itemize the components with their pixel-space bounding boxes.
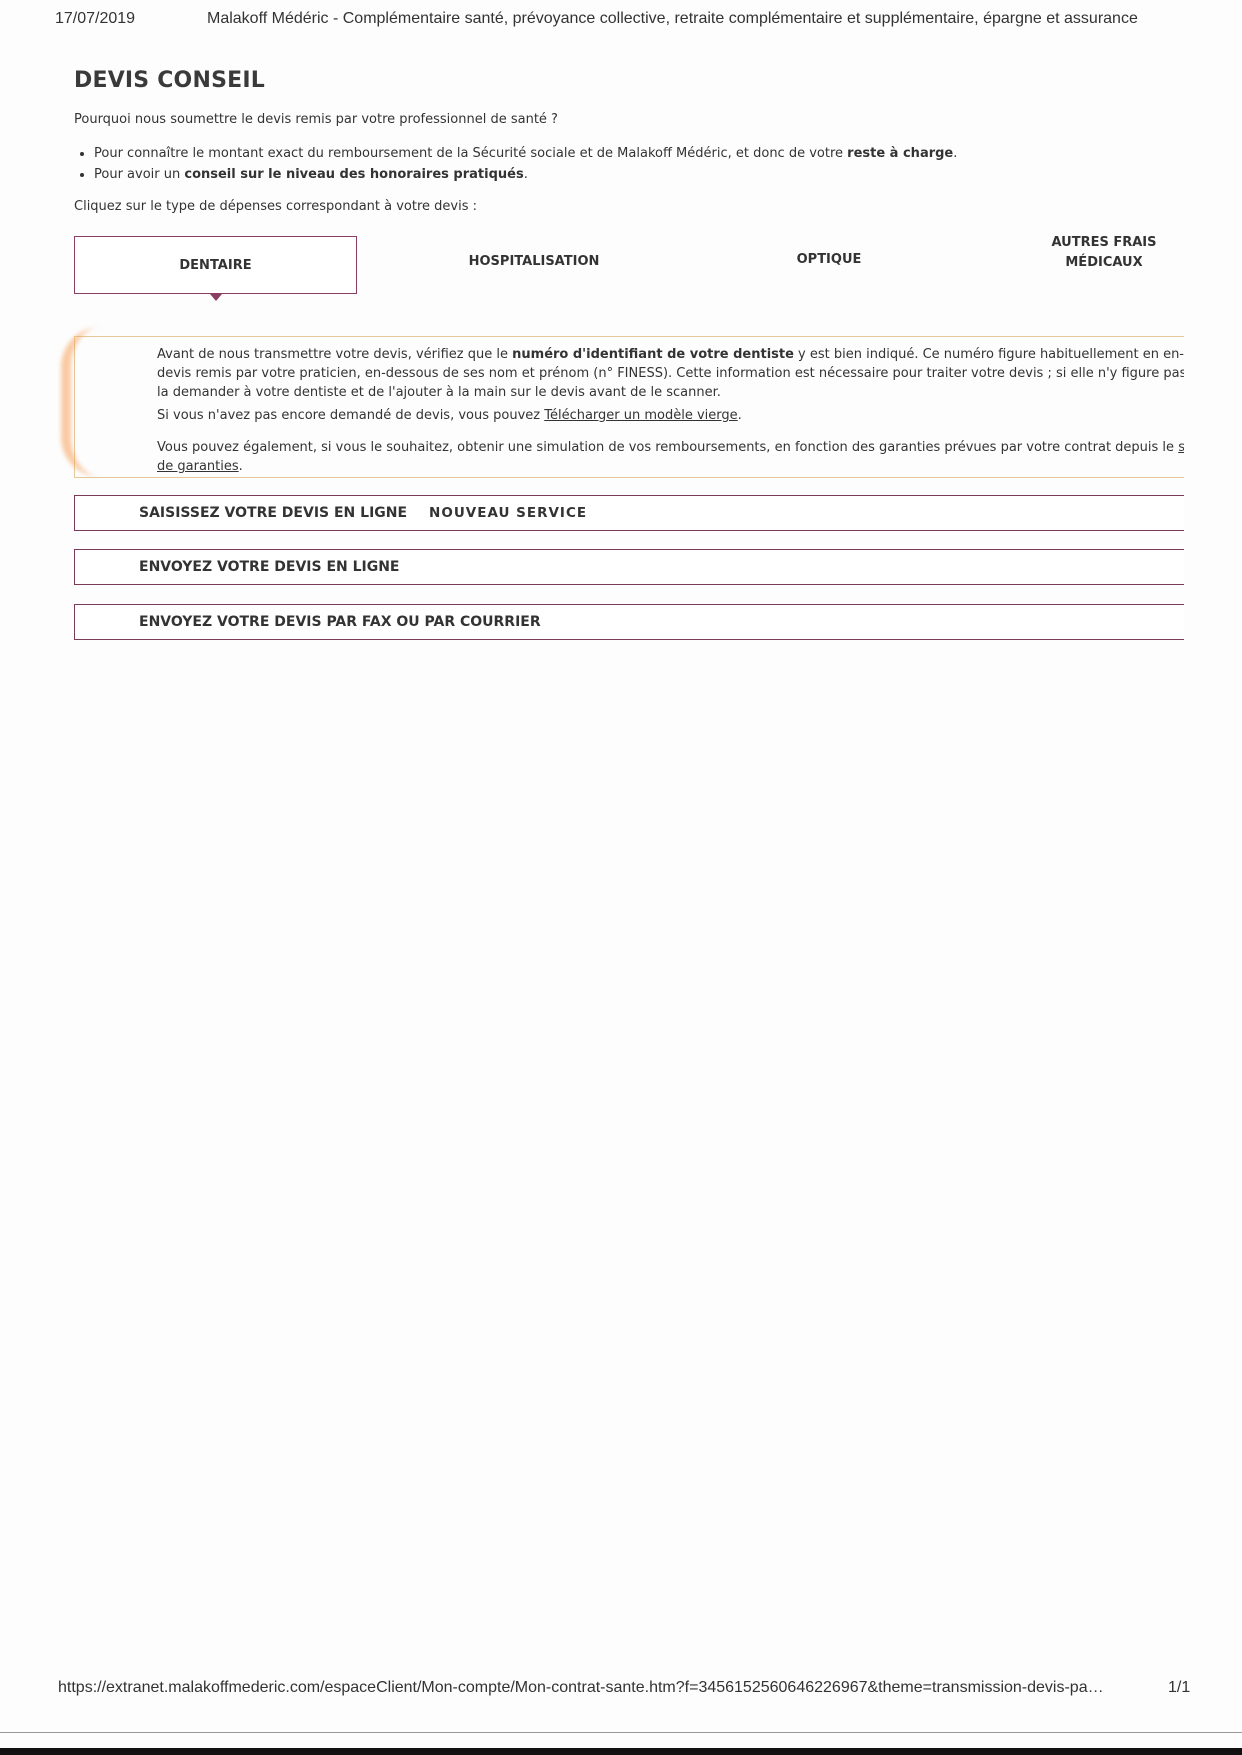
enter-quote-online-button[interactable]: SAISISSEZ VOTRE DEVIS EN LIGNE NOUVEAU S… (74, 495, 1184, 531)
highlighter-mark (61, 327, 109, 477)
scan-edge-bar (0, 1748, 1242, 1755)
print-date: 17/07/2019 (55, 10, 135, 28)
benefit-item: Pour avoir un conseil sur le niveau des … (94, 164, 957, 185)
tab-hospitalisation[interactable]: HOSPITALISATION (424, 232, 644, 290)
send-quote-online-button[interactable]: ENVOYEZ VOTRE DEVIS EN LIGNE (74, 549, 1184, 585)
download-template-link[interactable]: Télécharger un modèle vierge (544, 408, 737, 423)
send-quote-fax-mail-button[interactable]: ENVOYEZ VOTRE DEVIS PAR FAX OU PAR COURR… (74, 604, 1184, 640)
expense-type-tabs: DENTAIRE HOSPITALISATION OPTIQUE AUTRES … (74, 236, 1184, 296)
simulation-text: Vous pouvez également, si vous le souhai… (157, 438, 1184, 476)
print-page-title: Malakoff Médéric - Complémentaire santé,… (207, 10, 1138, 28)
page-url: https://extranet.malakoffmederic.com/esp… (58, 1679, 1104, 1697)
simulator-link[interactable]: simu (1178, 440, 1184, 455)
benefits-list: Pour connaître le montant exact du rembo… (74, 143, 957, 185)
intro-question: Pourquoi nous soumettre le devis remis p… (74, 112, 558, 127)
click-hint: Cliquez sur le type de dépenses correspo… (74, 199, 477, 214)
template-download-text: Si vous n'avez pas encore demandé de dev… (157, 406, 1184, 425)
benefit-item: Pour connaître le montant exact du rembo… (94, 143, 957, 164)
page-title: DEVIS CONSEIL (74, 68, 265, 93)
tab-autres-frais-medicaux[interactable]: AUTRES FRAISMÉDICAUX (1024, 224, 1184, 282)
tab-optique[interactable]: OPTIQUE (724, 230, 934, 288)
dentaire-info-panel: Avant de nous transmettre votre devis, v… (74, 336, 1184, 478)
print-footer: https://extranet.malakoffmederic.com/esp… (58, 1679, 1212, 1701)
simulator-link-continued[interactable]: de garanties (157, 459, 239, 474)
print-header: 17/07/2019 Malakoff Médéric - Complément… (55, 10, 1212, 32)
scan-edge-line (0, 1732, 1242, 1733)
tab-dentaire[interactable]: DENTAIRE (74, 236, 357, 294)
identifier-instructions: Avant de nous transmettre votre devis, v… (157, 345, 1184, 402)
new-service-badge: NOUVEAU SERVICE (429, 505, 587, 521)
active-tab-arrow-icon (210, 294, 222, 301)
page-number: 1/1 (1168, 1679, 1190, 1697)
